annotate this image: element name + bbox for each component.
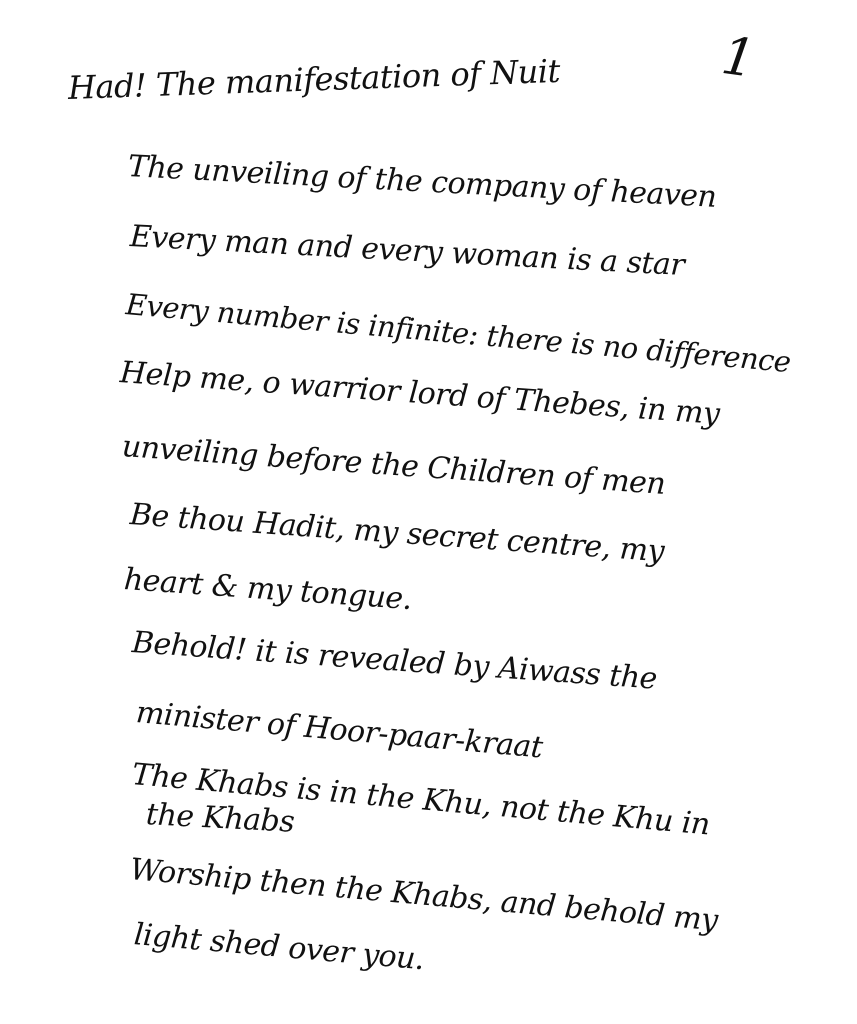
manuscript-line: Help me, o warrior lord of Thebes, in my xyxy=(119,358,720,430)
manuscript-line: Every man and every woman is a star xyxy=(129,222,685,281)
manuscript-line: Had! The manifestation of Nuit xyxy=(67,55,560,104)
manuscript-line: Be thou Hadit, my secret centre, my xyxy=(129,500,665,567)
manuscript-page: 1 Had! The manifestation of Nuit The unv… xyxy=(0,0,857,1024)
manuscript-line: the Khabs xyxy=(145,800,295,838)
manuscript-line: heart & my tongue. xyxy=(123,565,413,615)
manuscript-line: unveiling before the Children of men xyxy=(121,432,666,500)
manuscript-line: minister of Hoor-paar-kraat xyxy=(135,698,544,763)
manuscript-line: The unveiling of the company of heaven xyxy=(127,152,717,213)
manuscript-line: Behold! it is revealed by Aiwass the xyxy=(131,628,658,695)
page-number: 1 xyxy=(718,26,759,90)
manuscript-line: light shed over you. xyxy=(133,920,426,975)
